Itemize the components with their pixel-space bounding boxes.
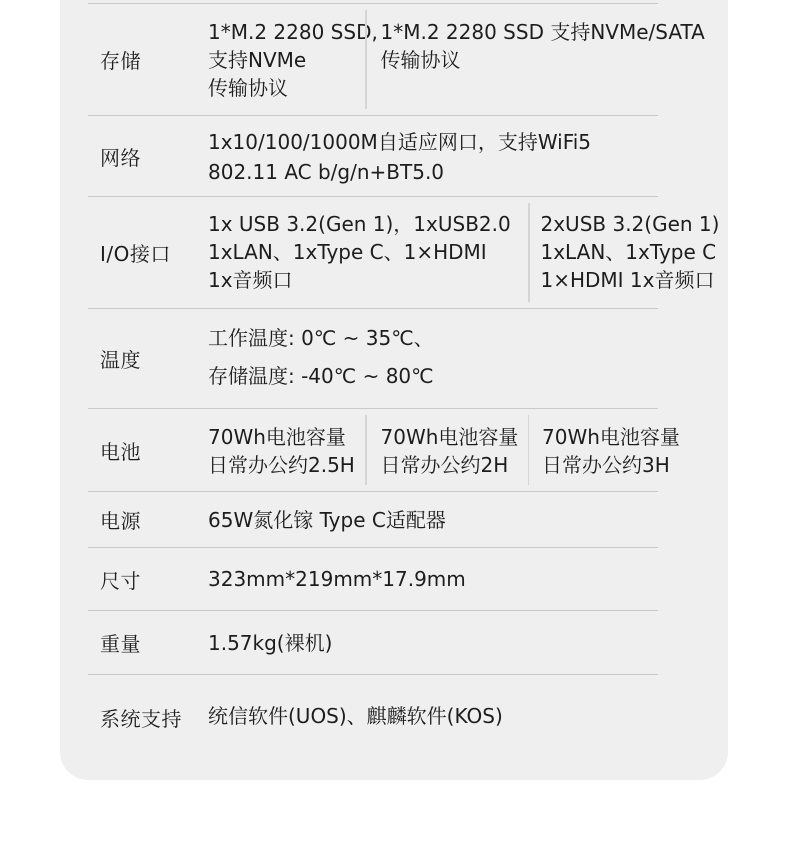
table-row-battery: 电池 70Wh电池容量 日常办公约2.5H 70Wh电池容量 日常办公约2H 7… bbox=[88, 408, 658, 491]
spec-line: 323mm*219mm*17.9mm bbox=[208, 567, 466, 591]
spec-card: 存储 1*M.2 2280 SSD, 支持NVMe 传输协议 1*M.2 228… bbox=[60, 0, 728, 780]
row-label-temperature: 温度 bbox=[88, 344, 208, 373]
row-label-power: 电源 bbox=[88, 505, 208, 534]
row-label-os-support: 系统支持 bbox=[88, 703, 208, 732]
table-row-network: 网络 1x10/100/1000M自适应网口，支持WiFi5 802.11 AC… bbox=[88, 115, 658, 196]
page: 存储 1*M.2 2280 SSD, 支持NVMe 传输协议 1*M.2 228… bbox=[0, 0, 790, 855]
spec-line: 传输协议 bbox=[381, 46, 705, 74]
row-cells: 统信软件(UOS)、麒麟软件(KOS) bbox=[208, 703, 658, 729]
row-cells: 工作温度: 0℃ ~ 35℃、 存储温度: -40℃ ~ 80℃ bbox=[208, 309, 658, 408]
spec-line: 1xLAN、1xType C、1×HDMI bbox=[208, 238, 528, 266]
table-row-dimensions: 尺寸 323mm*219mm*17.9mm bbox=[88, 547, 658, 610]
spec-table: 存储 1*M.2 2280 SSD, 支持NVMe 传输协议 1*M.2 228… bbox=[88, 3, 658, 752]
spec-line: 1x音频口 bbox=[208, 266, 528, 294]
spec-line: 1*M.2 2280 SSD, bbox=[208, 18, 365, 46]
row-label-dimensions: 尺寸 bbox=[88, 565, 208, 594]
cell-temperature: 工作温度: 0℃ ~ 35℃、 存储温度: -40℃ ~ 80℃ bbox=[208, 309, 434, 408]
spec-line: 日常办公约2.5H bbox=[208, 451, 365, 479]
spec-line: 工作温度: 0℃ ~ 35℃、 bbox=[208, 319, 434, 357]
table-row-weight: 重量 1.57kg(裸机) bbox=[88, 610, 658, 674]
cell-storage-config2: 1*M.2 2280 SSD 支持NVMe/SATA 传输协议 bbox=[367, 4, 705, 115]
table-row-os-support: 系统支持 统信软件(UOS)、麒麟软件(KOS) bbox=[88, 674, 658, 752]
table-row-power: 电源 65W氮化镓 Type C适配器 bbox=[88, 491, 658, 547]
cell-network: 1x10/100/1000M自适应网口，支持WiFi5 802.11 AC b/… bbox=[208, 116, 591, 196]
row-cells: 1x10/100/1000M自适应网口，支持WiFi5 802.11 AC b/… bbox=[208, 116, 658, 196]
cell-battery-config2: 70Wh电池容量 日常办公约2H bbox=[367, 409, 528, 491]
row-label-network: 网络 bbox=[88, 142, 208, 171]
spec-line: 70Wh电池容量 bbox=[208, 423, 365, 451]
spec-line: 1.57kg(裸机) bbox=[208, 631, 332, 655]
spec-line: 1×HDMI 1x音频口 bbox=[541, 266, 720, 294]
spec-line: 2xUSB 3.2(Gen 1) bbox=[541, 210, 720, 238]
spec-line: 65W氮化镓 Type C适配器 bbox=[208, 508, 446, 532]
row-cells: 1*M.2 2280 SSD, 支持NVMe 传输协议 1*M.2 2280 S… bbox=[208, 4, 705, 115]
row-label-io: I/O接口 bbox=[88, 238, 208, 267]
cell-os-support: 统信软件(UOS)、麒麟软件(KOS) bbox=[208, 703, 503, 729]
cell-weight: 1.57kg(裸机) bbox=[208, 631, 332, 655]
table-row-storage: 存储 1*M.2 2280 SSD, 支持NVMe 传输协议 1*M.2 228… bbox=[88, 3, 658, 115]
cell-power: 65W氮化镓 Type C适配器 bbox=[208, 508, 446, 532]
row-label-battery: 电池 bbox=[88, 436, 208, 465]
spec-line: 传输协议 bbox=[208, 74, 365, 102]
spec-line: 1x10/100/1000M自适应网口，支持WiFi5 bbox=[208, 127, 591, 157]
spec-line: 802.11 AC b/g/n+BT5.0 bbox=[208, 157, 591, 187]
cell-battery-config3: 70Wh电池容量 日常办公约3H bbox=[529, 409, 680, 491]
spec-line: 1x USB 3.2(Gen 1)，1xUSB2.0 bbox=[208, 210, 528, 238]
spec-line: 70Wh电池容量 bbox=[542, 423, 680, 451]
row-cells: 70Wh电池容量 日常办公约2.5H 70Wh电池容量 日常办公约2H 70Wh… bbox=[208, 409, 680, 491]
cell-storage-config1: 1*M.2 2280 SSD, 支持NVMe 传输协议 bbox=[208, 4, 365, 115]
row-cells: 1x USB 3.2(Gen 1)，1xUSB2.0 1xLAN、1xType … bbox=[208, 197, 719, 308]
row-label-weight: 重量 bbox=[88, 628, 208, 657]
row-cells: 323mm*219mm*17.9mm bbox=[208, 567, 658, 591]
row-label-storage: 存储 bbox=[88, 45, 208, 74]
spec-line: 70Wh电池容量 bbox=[381, 423, 528, 451]
spec-line: 存储温度: -40℃ ~ 80℃ bbox=[208, 357, 434, 395]
spec-line: 日常办公约2H bbox=[381, 451, 528, 479]
table-row-temperature: 温度 工作温度: 0℃ ~ 35℃、 存储温度: -40℃ ~ 80℃ bbox=[88, 308, 658, 408]
row-cells: 1.57kg(裸机) bbox=[208, 631, 658, 655]
cell-battery-config1: 70Wh电池容量 日常办公约2.5H bbox=[208, 409, 365, 491]
table-row-io: I/O接口 1x USB 3.2(Gen 1)，1xUSB2.0 1xLAN、1… bbox=[88, 196, 658, 308]
cell-io-config2: 2xUSB 3.2(Gen 1) 1xLAN、1xType C 1×HDMI 1… bbox=[530, 197, 720, 308]
spec-line: 日常办公约3H bbox=[542, 451, 680, 479]
spec-line: 1xLAN、1xType C bbox=[541, 238, 720, 266]
cell-io-config1: 1x USB 3.2(Gen 1)，1xUSB2.0 1xLAN、1xType … bbox=[208, 197, 528, 308]
spec-line: 支持NVMe bbox=[208, 46, 365, 74]
spec-line: 1*M.2 2280 SSD 支持NVMe/SATA bbox=[381, 18, 705, 46]
row-cells: 65W氮化镓 Type C适配器 bbox=[208, 508, 658, 532]
cell-dimensions: 323mm*219mm*17.9mm bbox=[208, 567, 466, 591]
spec-line: 统信软件(UOS)、麒麟软件(KOS) bbox=[208, 703, 503, 729]
